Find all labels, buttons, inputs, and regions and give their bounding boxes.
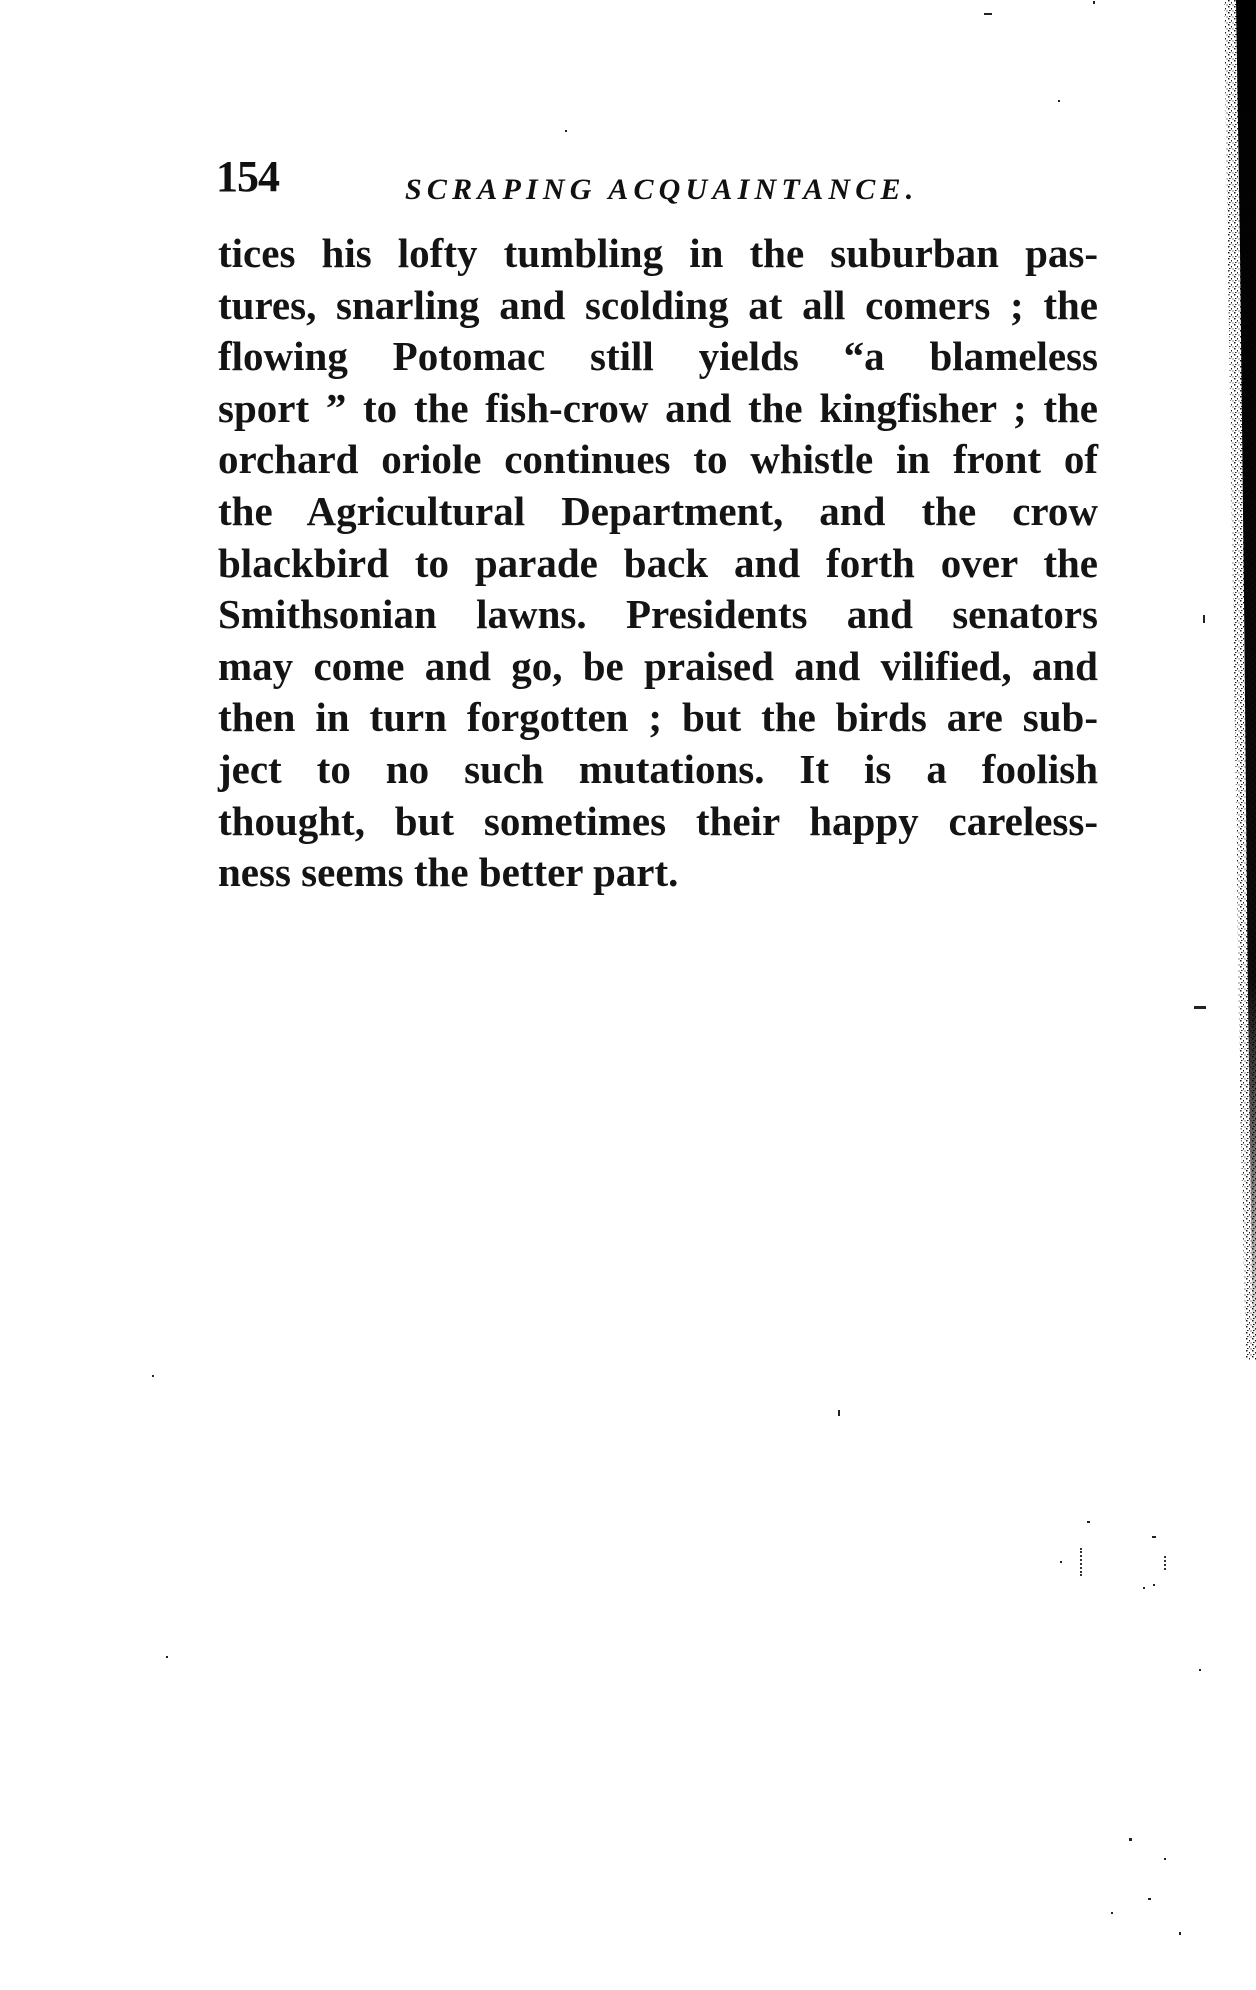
scan-speck [1164, 1858, 1166, 1860]
running-head: SCRAPING ACQUAINTANCE. [405, 170, 905, 210]
scan-speck [984, 13, 992, 15]
scan-speck [152, 1375, 154, 1377]
text-line: then in turn forgotten ; but the birds a… [218, 692, 1098, 744]
text-line: blackbird to parade back and forth over … [218, 538, 1098, 590]
scan-speck [1060, 1561, 1062, 1563]
scan-speck [1148, 1898, 1151, 1900]
book-page: 154 SCRAPING ACQUAINTANCE. tices his lof… [0, 0, 1256, 1990]
text-line: orchard oriole continues to whistle in f… [218, 434, 1098, 486]
text-line: Smithsonian lawns. Presidents and senato… [218, 589, 1098, 641]
scan-speck [1080, 1548, 1084, 1576]
scan-speck [1194, 1006, 1206, 1009]
scan-speck [1129, 1838, 1132, 1841]
text-line: the Agricultural Department, and the cro… [218, 486, 1098, 538]
scan-speck [838, 1410, 840, 1416]
scan-edge-shadow [1216, 0, 1256, 1360]
scan-speck [1152, 1536, 1156, 1538]
scan-speck [1087, 1521, 1090, 1523]
text-line: thought, but sometimes their happy carel… [218, 796, 1098, 848]
scan-speck [1143, 1587, 1145, 1589]
text-line: tures, snarling and scolding at all come… [218, 280, 1098, 332]
scan-speck [1093, 1, 1095, 4]
scan-speck [1058, 100, 1060, 102]
scan-speck [166, 1656, 168, 1658]
scan-speck [1164, 1556, 1168, 1570]
text-line: tices his lofty tumbling in the suburban… [218, 228, 1098, 280]
scan-speck [1153, 1584, 1155, 1586]
scan-speck [1111, 1912, 1113, 1914]
text-line: may come and go, be praised and vilified… [218, 641, 1098, 693]
text-line-last: ness seems the better part. [218, 847, 1098, 899]
scan-speck [1179, 1932, 1181, 1935]
scan-speck [1199, 1669, 1201, 1671]
scan-speck [1203, 615, 1205, 623]
scan-speck [565, 130, 567, 132]
page-number: 154 [216, 152, 279, 202]
body-paragraph: tices his lofty tumbling in the suburban… [218, 228, 1098, 899]
text-line: flowing Potomac still yields “a blameles… [218, 331, 1098, 383]
text-line: sport ” to the fish-crow and the kingfis… [218, 383, 1098, 435]
text-line: ject to no such mutations. It is a fooli… [218, 744, 1098, 796]
